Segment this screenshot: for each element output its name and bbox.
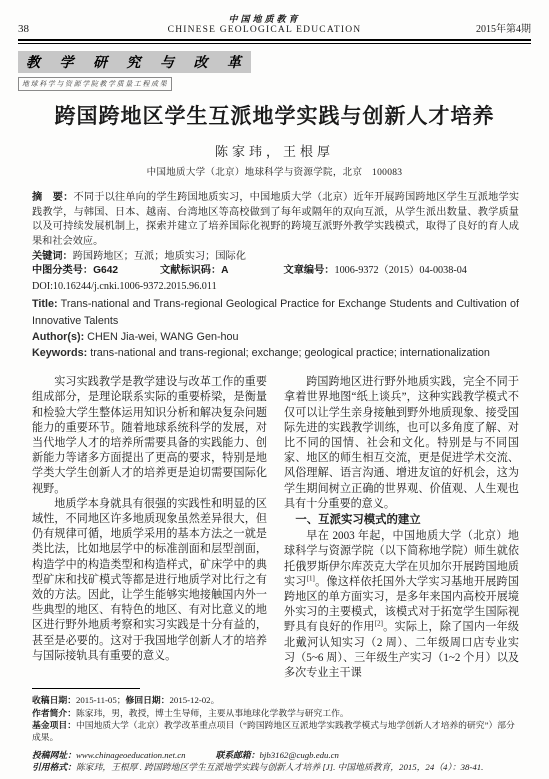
received-label: 收稿日期： bbox=[32, 695, 76, 705]
header-divider bbox=[18, 39, 531, 44]
citation-line: 引用格式：陈家玮，王根厚 . 跨国跨地区学生互派地学实践与创新人才培养 [J].… bbox=[32, 761, 523, 773]
fund-line: 基金项目：中国地质大学（北京）教学改革重点项目（“跨国跨地区互派地学实践教学模式… bbox=[32, 719, 523, 743]
article-id-label: 文章编号： bbox=[284, 265, 335, 276]
authors-en-line: Author(s): CHEN Jia-wei, WANG Gen-hou bbox=[32, 329, 519, 345]
keywords-cn-label: 关键词： bbox=[32, 251, 73, 262]
revised-date: 2015-12-02。 bbox=[170, 695, 220, 705]
bio-text: 陈家玮，男，教授，博士生导师，主要从事地球化学教学与研究工作。 bbox=[76, 708, 349, 718]
journal-page: 38 中国地质教育 CHINESE GEOLOGICAL EDUCATION 2… bbox=[0, 0, 549, 779]
paragraph: 地质学本身就具有很强的实践性和明显的区域性，不同地区许多地质现象虽然差异很大，但… bbox=[32, 497, 267, 664]
running-head: 38 中国地质教育 CHINESE GEOLOGICAL EDUCATION 2… bbox=[18, 14, 531, 36]
doc-code-group: 文献标识码：A bbox=[160, 264, 228, 279]
authors-en-label: Author(s): bbox=[32, 331, 84, 343]
title-en-text: Trans-national and Trans-regional Geolog… bbox=[32, 298, 519, 326]
column-banner: 教 学 研 究 与 改 革 地球科学与资源学院教学质量工程成果 bbox=[18, 51, 549, 91]
citation-text: 陈家玮，王根厚 . 跨国跨地区学生互派地学实践与创新人才培养 [J]. 中国地质… bbox=[76, 762, 483, 772]
paragraph: 跨国跨地区进行野外地质实践，完全不同于拿着世界地图“纸上谈兵”，这种实践教学模式… bbox=[284, 375, 519, 512]
article-id-value: 1006-9372（2015）04-0038-04 bbox=[334, 265, 466, 276]
keywords-cn-text: 跨国跨地区；互派；地质实习；国际化 bbox=[73, 251, 246, 262]
keywords-en-label: Keywords: bbox=[32, 347, 87, 359]
column-banner-title: 教 学 研 究 与 改 革 bbox=[18, 51, 251, 73]
english-meta: Title: Trans-national and Trans-regional… bbox=[32, 296, 519, 361]
article-affiliation: 中国地质大学（北京）地球科学与资源学院，北京 100083 bbox=[0, 164, 549, 178]
email-label: 联系邮箱： bbox=[216, 750, 260, 760]
footnote-divider bbox=[32, 688, 140, 689]
keywords-en-line: Keywords: trans-national and trans-regio… bbox=[32, 345, 519, 361]
citation-ref-1: [1] bbox=[307, 574, 315, 582]
body-columns: 实习实践教学是教学建设与改革工作的重要组成部分，是理论联系实际的重要桥梁，是衡量… bbox=[32, 375, 519, 681]
issue-label: 2015年第4期 bbox=[441, 20, 531, 36]
fund-label: 基金项目： bbox=[32, 720, 76, 730]
contact-line: 投稿网址：www.chinageoeducation.net.cn联系邮箱：bj… bbox=[32, 749, 523, 761]
doc-code-value: A bbox=[221, 265, 228, 276]
article-meta: 摘 要：不同于以往单向的学生跨国地质实习，中国地质大学（北京）近年开展跨国跨地区… bbox=[32, 191, 519, 361]
clc-value: G642 bbox=[93, 265, 118, 276]
left-column: 实习实践教学是教学建设与改革工作的重要组成部分，是理论联系实际的重要桥梁，是衡量… bbox=[32, 375, 267, 681]
doi: DOI:10.16244/j.cnki.1006-9372.2015.96.01… bbox=[32, 280, 519, 295]
authors-en-text: CHEN Jia-wei, WANG Gen-hou bbox=[87, 331, 238, 343]
abstract-text: 不同于以往单向的学生跨国地质实习，中国地质大学（北京）近年开展跨国跨地区学生互派… bbox=[32, 192, 519, 247]
paragraph: 实习实践教学是教学建设与改革工作的重要组成部分，是理论联系实际的重要桥梁，是衡量… bbox=[32, 375, 267, 497]
journal-title-block: 中国地质教育 CHINESE GEOLOGICAL EDUCATION bbox=[88, 14, 441, 36]
classification-row: 中图分类号：G642 文献标识码：A 文章编号：1006-9372（2015）0… bbox=[32, 264, 519, 279]
abstract-label: 摘 要： bbox=[32, 192, 73, 203]
title-en-line: Title: Trans-national and Trans-regional… bbox=[32, 296, 519, 328]
website-url: www.chinageoeducation.net.cn bbox=[76, 750, 186, 760]
keywords-en-text: trans-national and trans-regional; excha… bbox=[90, 347, 490, 359]
clc-label: 中图分类号： bbox=[32, 265, 93, 276]
right-column: 跨国跨地区进行野外地质实践，完全不同于拿着世界地图“纸上谈兵”，这种实践教学模式… bbox=[284, 375, 519, 681]
section-heading-1: 一、互派实习模式的建立 bbox=[284, 513, 519, 528]
page-number: 38 bbox=[18, 23, 88, 36]
fund-text: 中国地质大学（北京）教学改革重点项目（“跨国跨地区互派地学实践教学模式与地学创新… bbox=[32, 720, 515, 742]
received-date: 2015-11-05； bbox=[76, 695, 126, 705]
abstract: 摘 要：不同于以往单向的学生跨国地质实习，中国地质大学（北京）近年开展跨国跨地区… bbox=[32, 191, 519, 249]
journal-title-cn: 中国地质教育 bbox=[88, 14, 441, 24]
journal-title-en: CHINESE GEOLOGICAL EDUCATION bbox=[88, 25, 441, 36]
doc-code-label: 文献标识码： bbox=[160, 265, 221, 276]
column-banner-subtitle: 地球科学与资源学院教学质量工程成果 bbox=[18, 77, 172, 91]
email-address: bjb3162@cugb.edu.cn bbox=[260, 750, 339, 760]
email-group: 联系邮箱：bjb3162@cugb.edu.cn bbox=[216, 750, 339, 760]
article-id-group: 文章编号：1006-9372（2015）04-0038-04 bbox=[284, 264, 467, 279]
citation-label: 引用格式： bbox=[32, 762, 76, 772]
citation-ref-2: [2] bbox=[375, 620, 383, 628]
keywords-cn: 关键词：跨国跨地区；互派；地质实习；国际化 bbox=[32, 250, 519, 265]
footnotes: 收稿日期：2015-11-05；修回日期：2015-12-02。 作者简介：陈家… bbox=[32, 694, 523, 773]
website-label: 投稿网址： bbox=[32, 750, 76, 760]
paragraph: 早在 2003 年起，中国地质大学（北京）地球科学与资源学院（以下简称地学院）师… bbox=[284, 529, 519, 681]
clc-group: 中图分类号：G642 bbox=[32, 264, 118, 279]
title-en-label: Title: bbox=[32, 298, 58, 310]
article-title: 跨国跨地区学生互派地学实践与创新人才培养 bbox=[26, 100, 523, 130]
bio-label: 作者简介： bbox=[32, 708, 76, 718]
revised-label: 修回日期： bbox=[126, 695, 170, 705]
article-authors: 陈家玮，王根厚 bbox=[0, 141, 549, 160]
author-bio-line: 作者简介：陈家玮，男，教授，博士生导师，主要从事地球化学教学与研究工作。 bbox=[32, 707, 523, 719]
dates-line: 收稿日期：2015-11-05；修回日期：2015-12-02。 bbox=[32, 694, 523, 706]
